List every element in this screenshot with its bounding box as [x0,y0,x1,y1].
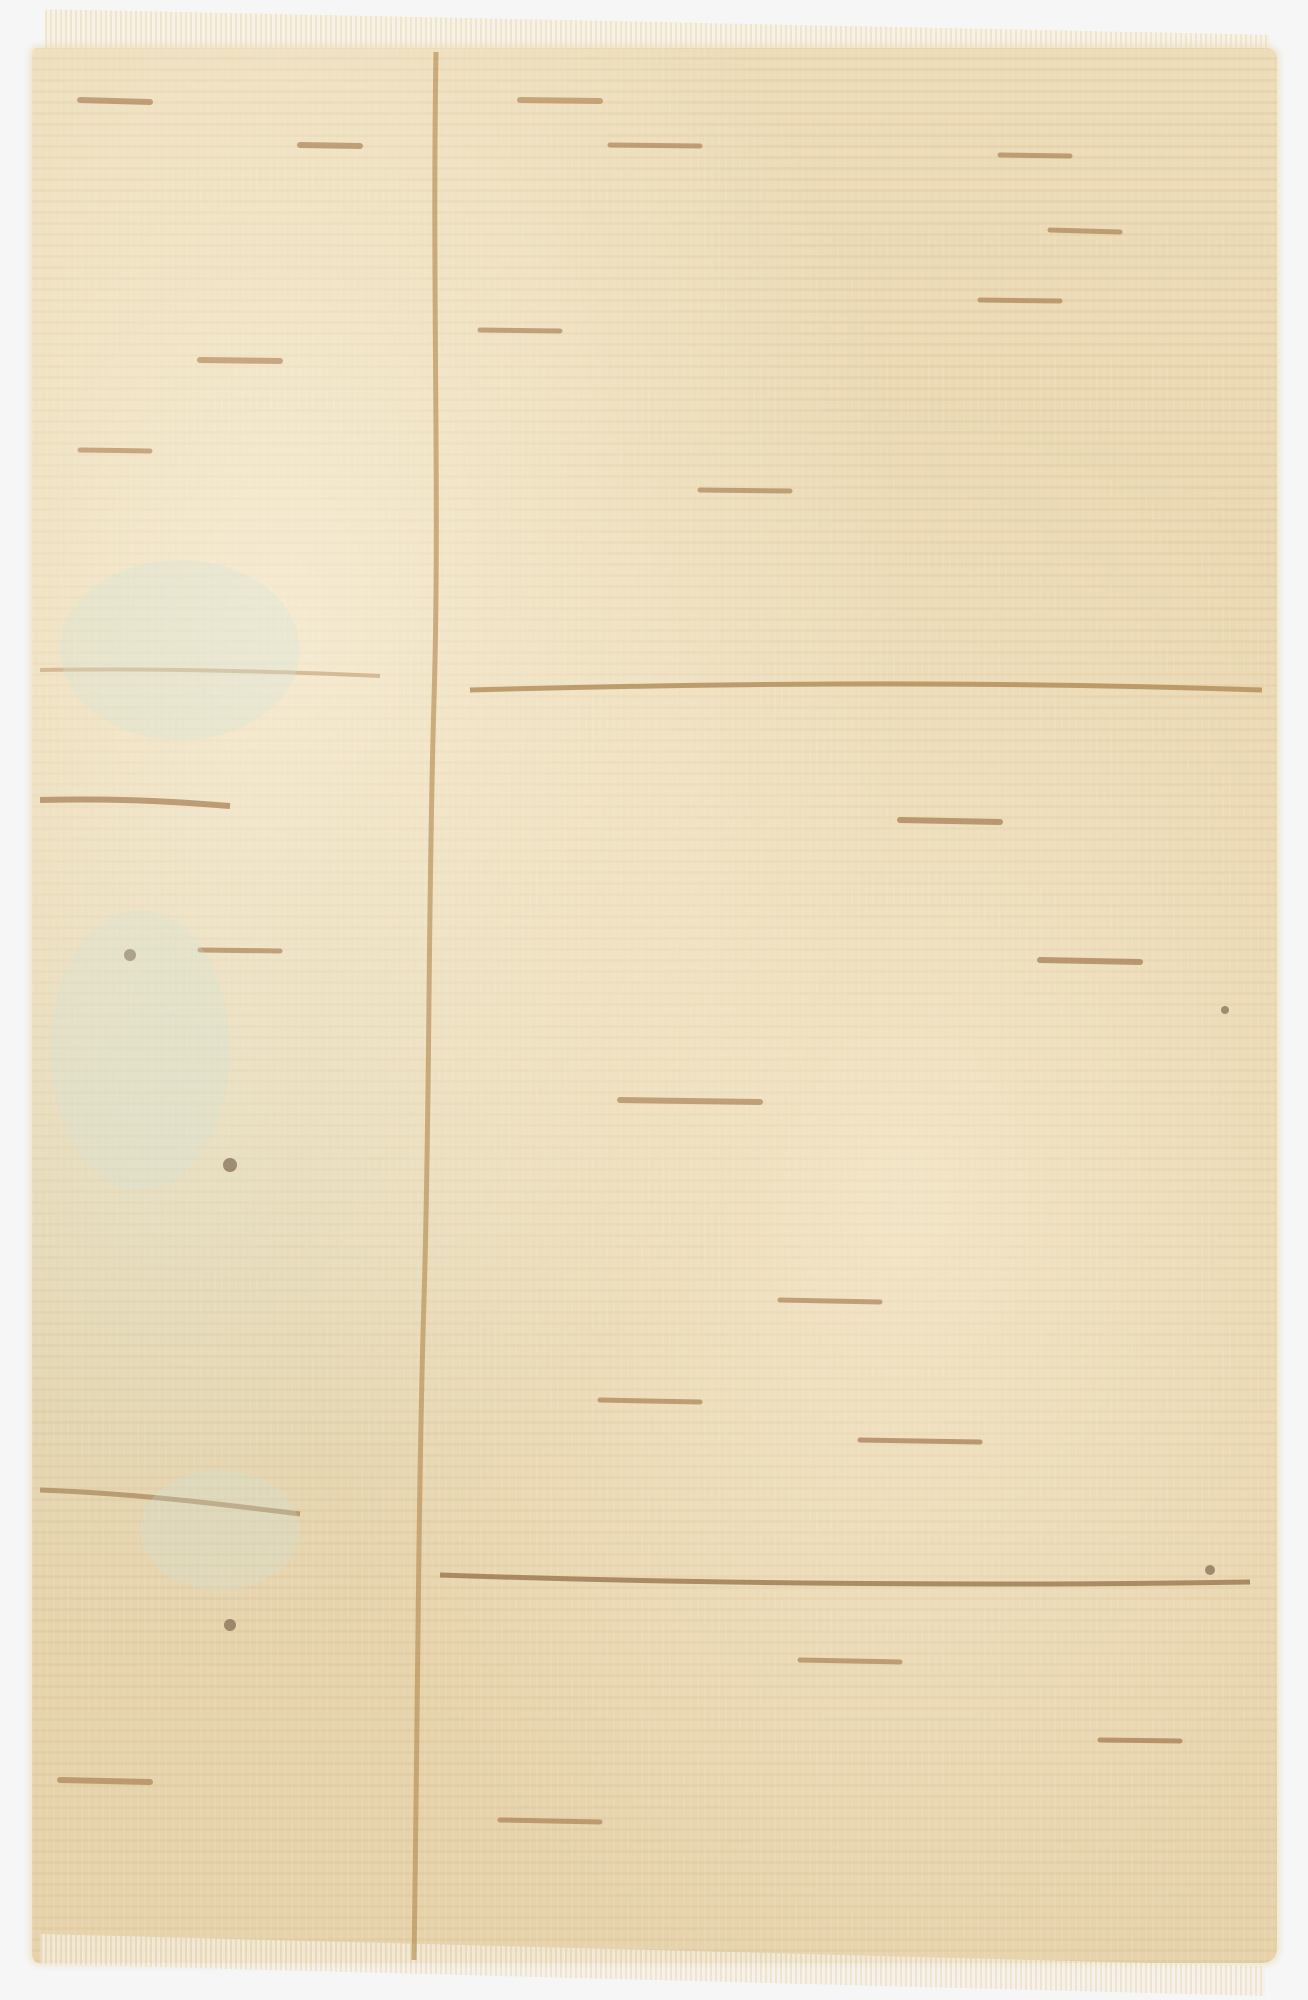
horizontal-seam [440,1575,1250,1584]
blue-tint [50,910,230,1190]
blue-tint [60,560,300,740]
horizontal-seam [40,799,230,806]
vertical-seam [414,52,436,1960]
blue-tint [140,1470,300,1590]
horizontal-seam [470,684,1262,690]
rug-texture [0,0,1308,2000]
